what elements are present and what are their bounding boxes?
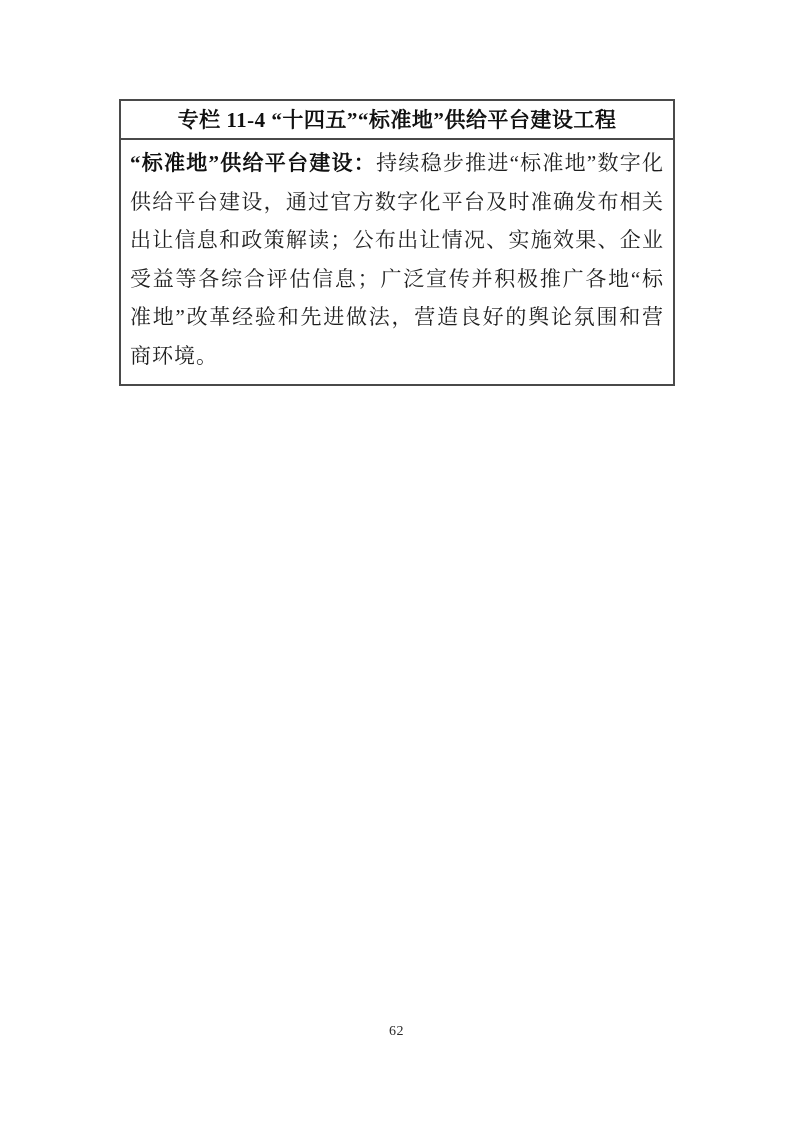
callout-body-text: 持续稳步推进“标准地”数字化供给平台建设，通过官方数字化平台及时准确发布相关出让… <box>130 151 664 368</box>
callout-body: “标准地”供给平台建设：持续稳步推进“标准地”数字化供给平台建设，通过官方数字化… <box>121 140 673 384</box>
callout-box: 专栏 11-4 “十四五”“标准地”供给平台建设工程 “标准地”供给平台建设：持… <box>119 99 675 386</box>
page-number: 62 <box>0 1024 793 1040</box>
callout-title: 专栏 11-4 “十四五”“标准地”供给平台建设工程 <box>121 101 673 140</box>
callout-lead: “标准地”供给平台建设： <box>130 151 376 175</box>
document-page: 专栏 11-4 “十四五”“标准地”供给平台建设工程 “标准地”供给平台建设：持… <box>0 0 793 1122</box>
